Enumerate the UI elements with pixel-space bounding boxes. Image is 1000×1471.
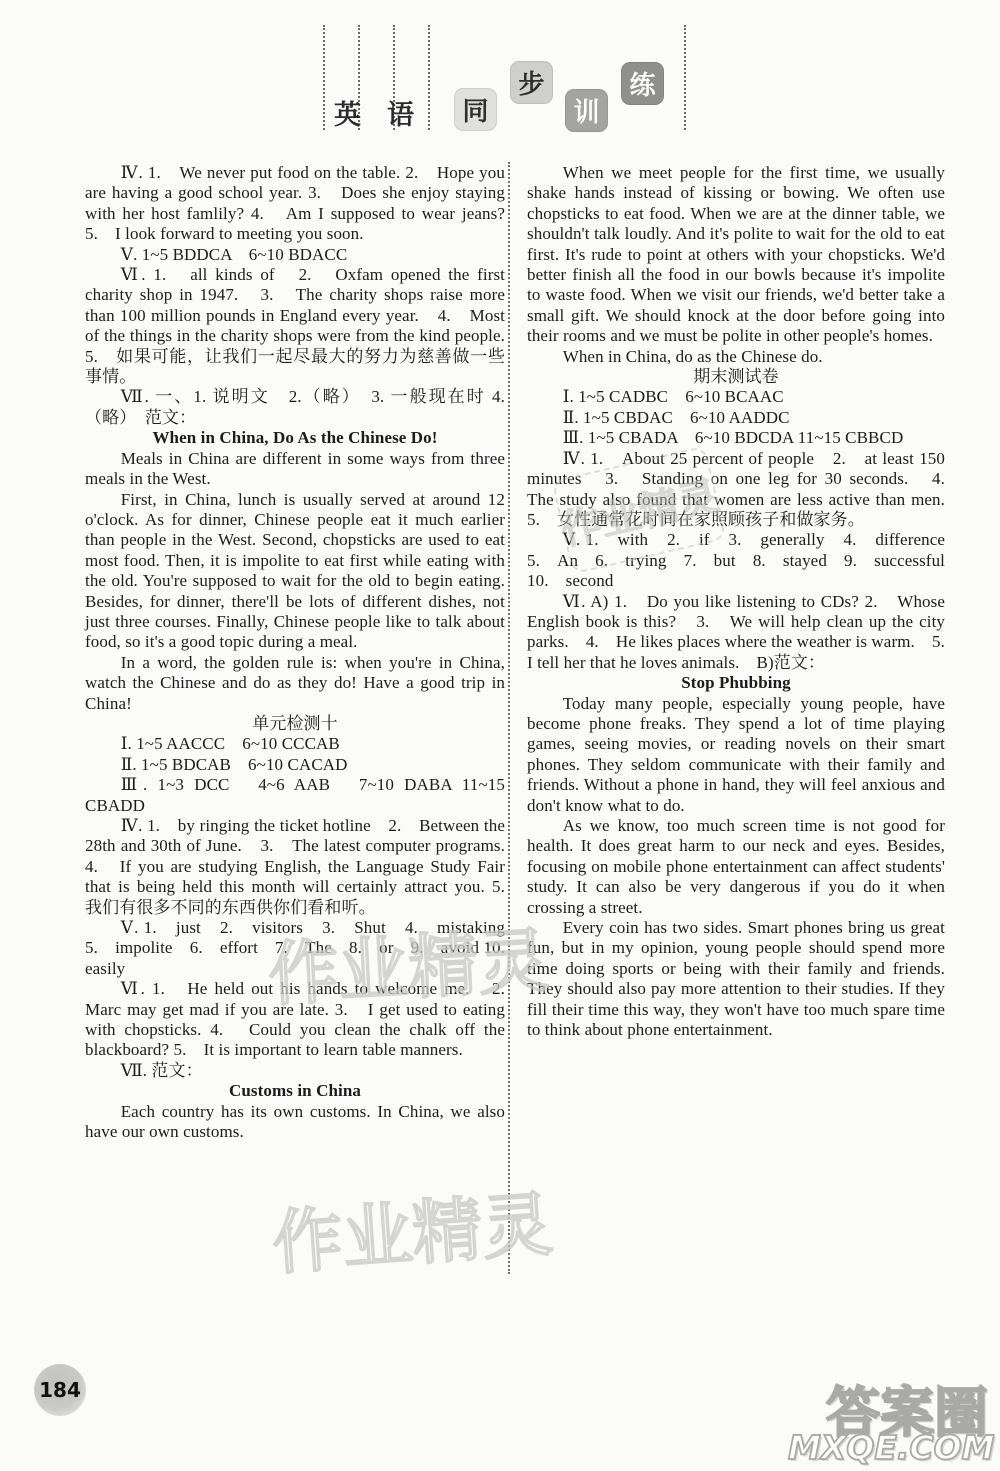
header-dotted-rule <box>428 25 430 130</box>
section-heading: When in China, Do As the Chinese Do! <box>85 428 505 448</box>
answer-paragraph: As we know, too much screen time is not … <box>527 816 945 918</box>
section-heading: 单元检测十 <box>85 714 505 734</box>
scanned-answer-page: 英 语 同 步 训 练 Ⅳ. 1. We never put food on t… <box>0 0 1000 1471</box>
answer-paragraph: Ⅱ. 1~5 BDCAB 6~10 CACAD <box>85 755 505 775</box>
subject-char-english-1: 英 <box>334 93 361 132</box>
title-tile-tong: 同 <box>454 88 497 131</box>
section-heading: 期末测试卷 <box>527 367 945 387</box>
answer-paragraph: Ⅴ. 1. just 2. visitors 3. Shut 4. mistak… <box>85 918 505 979</box>
answer-paragraph: First, in China, lunch is usually served… <box>85 490 505 653</box>
title-tile-bu: 步 <box>510 61 553 104</box>
answer-paragraph: Ⅳ. 1. by ringing the ticket hotline 2. B… <box>85 816 505 918</box>
answer-paragraph: Ⅶ. 一、1. 说明文 2.（略） 3. 一般现在时 4.（略） 范文： <box>85 387 505 428</box>
answer-paragraph: Ⅳ. 1. We never put food on the table. 2.… <box>85 163 505 245</box>
answer-paragraph: When we meet people for the first time, … <box>527 163 945 347</box>
answer-paragraph: Today many people, especially young peop… <box>527 694 945 816</box>
answer-paragraph: When in China, do as the Chinese do. <box>527 347 945 367</box>
subject-char-english-2: 语 <box>387 93 414 132</box>
answer-paragraph: Ⅰ. 1~5 AACCC 6~10 CCCAB <box>85 734 505 754</box>
answer-paragraph: Ⅲ. 1~5 CBADA 6~10 BDCDA 11~15 CBBCD <box>527 428 945 448</box>
section-heading: Stop Phubbing <box>527 673 945 693</box>
left-column: Ⅳ. 1. We never put food on the table. 2.… <box>85 163 505 1143</box>
title-tile-lian: 练 <box>621 62 664 105</box>
column-divider-dotted <box>508 162 510 1274</box>
header-dotted-rule <box>323 25 325 130</box>
watermark-ghost-text-2: 作业精灵 <box>269 1168 555 1288</box>
watermark-site-url: MXQE.COM <box>788 1428 995 1467</box>
title-tile-xun: 训 <box>565 89 608 132</box>
right-column: When we meet people for the first time, … <box>527 163 945 1040</box>
page-number-badge: 184 <box>34 1364 86 1416</box>
answer-paragraph: Ⅵ. A) 1. Do you like listening to CDs? 2… <box>527 592 945 674</box>
answer-paragraph: Ⅱ. 1~5 CBDAC 6~10 AADDC <box>527 408 945 428</box>
section-heading: Customs in China <box>85 1081 505 1101</box>
answer-paragraph: Ⅳ. 1. About 25 percent of people 2. at l… <box>527 449 945 531</box>
answer-paragraph: Every coin has two sides. Smart phones b… <box>527 918 945 1040</box>
answer-paragraph: Ⅰ. 1~5 CADBC 6~10 BCAAC <box>527 387 945 407</box>
answer-paragraph: Meals in China are different in some way… <box>85 449 505 490</box>
answer-paragraph: Each country has its own customs. In Chi… <box>85 1102 505 1143</box>
answer-paragraph: Ⅴ. 1. with 2. if 3. generally 4. differe… <box>527 530 945 591</box>
answer-paragraph: In a word, the golden rule is: when you'… <box>85 653 505 714</box>
answer-paragraph: Ⅲ. 1~3 DCC 4~6 AAB 7~10 DABA 11~15 CBADD <box>85 775 505 816</box>
answer-paragraph: Ⅶ. 范文： <box>85 1061 505 1081</box>
header-dotted-rule <box>684 25 686 130</box>
answer-paragraph: Ⅴ. 1~5 BDDCA 6~10 BDACC <box>85 245 505 265</box>
answer-paragraph: Ⅵ. 1. all kinds of 2. Oxfam opened the f… <box>85 265 505 387</box>
answer-paragraph: Ⅵ. 1. He held out his hands to welcome m… <box>85 979 505 1061</box>
